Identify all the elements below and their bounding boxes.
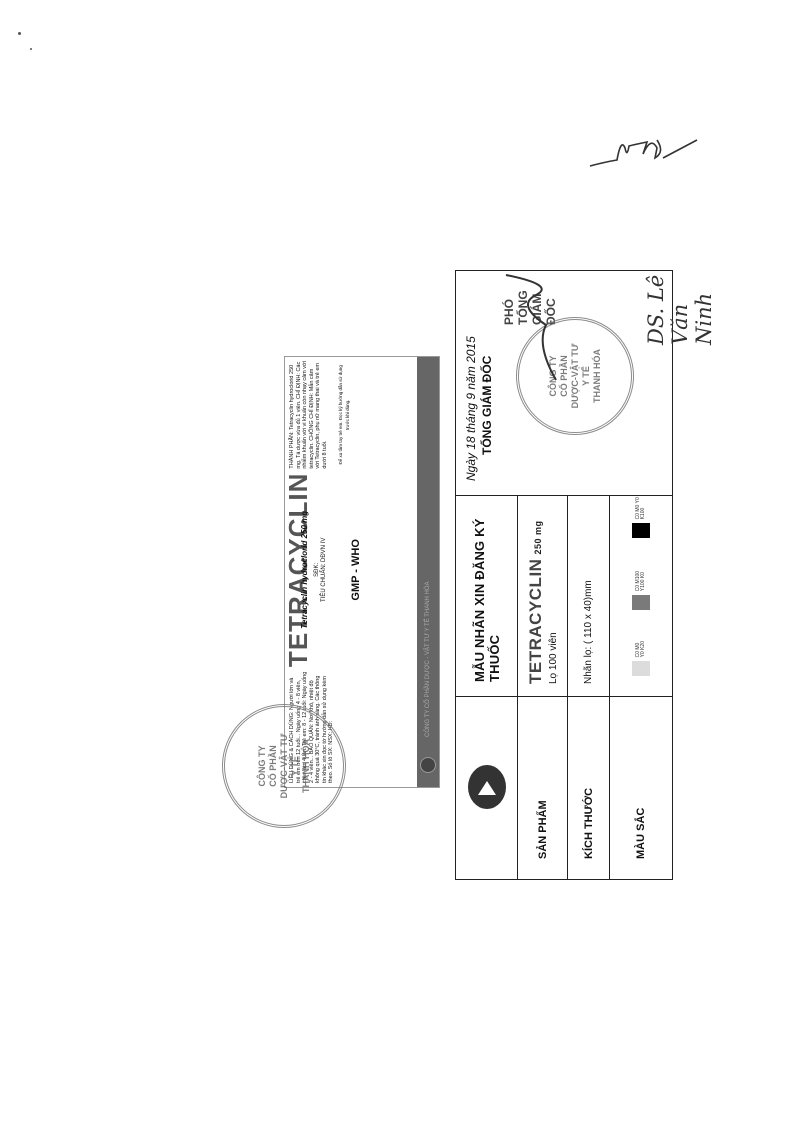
label-size: Nhãn lọ: ( 110 x 40)mm xyxy=(583,580,594,696)
handwritten-initials xyxy=(585,128,705,178)
swatch-box xyxy=(632,595,650,610)
product-label-artwork: LIỀU DÙNG & CÁCH DÙNG: Người lớn và trẻ … xyxy=(284,356,440,788)
color-label: MÀU SẮC xyxy=(635,808,647,879)
swatch-box xyxy=(632,523,650,538)
scan-speck xyxy=(30,48,32,50)
label-standard: TIÊU CHUẨN: DĐVN IV xyxy=(321,538,328,602)
registration-form: SẢN PHẨM KÍCH THƯỚC MÀU SẮC MẪU NHÃN XIN… xyxy=(455,270,673,880)
sign-date: Ngày 18 tháng 9 năm 2015 xyxy=(464,336,478,481)
label-subtitle: Tetracyclin hydroclorid 250 mg xyxy=(302,511,309,629)
signer-name: DS. Lê Văn Ninh xyxy=(644,271,716,345)
label-note: Để xa tầm tay trẻ em. Đọc kỹ hướng dẫn s… xyxy=(338,361,351,469)
label-footer-bar: CÔNG TY CỔ PHẦN DƯỢC - VẬT TƯ Y TẾ THANH… xyxy=(417,357,439,787)
signature-scribble xyxy=(496,265,576,385)
size-label: KÍCH THƯỚC xyxy=(583,788,595,879)
signature-column: Ngày 18 tháng 9 năm 2015 TỔNG GIÁM ĐỐC P… xyxy=(456,271,672,495)
product-cell: TETRACYCLIN250 mg Lọ 100 viên xyxy=(518,496,568,696)
form-title: MẪU NHÃN XIN ĐĂNG KÝ THUỐC xyxy=(472,496,502,696)
label-stamp: CÔNG TYCỔ PHẦNDƯỢC-VẬT TƯY TẾTHANH HÓA xyxy=(222,704,346,828)
label-composition-text: THÀNH PHẦN: Tetracyclin hydroclorid 250 … xyxy=(289,361,328,469)
swatch: C0 M100 Y100 K0 xyxy=(632,564,650,610)
swatch: C0 M0 Y0 K100 xyxy=(632,496,650,538)
color-swatches: C0 M0 Y0 K20 C0 M100 Y100 K0 C0 M0 Y0 K1… xyxy=(610,496,672,696)
company-logo-icon xyxy=(468,765,506,809)
form-content-column: MẪU NHÃN XIN ĐĂNG KÝ THUỐC TETRACYCLIN25… xyxy=(456,495,672,696)
label-footer: CÔNG TY CỔ PHẦN DƯỢC - VẬT TƯ Y TẾ THANH… xyxy=(425,581,431,737)
product-name: TETRACYCLIN xyxy=(526,559,545,684)
product-label: SẢN PHẨM xyxy=(537,800,549,879)
scan-speck xyxy=(18,32,21,35)
sign-role: TỔNG GIÁM ĐỐC xyxy=(480,356,494,455)
swatch: C0 M0 Y0 K20 xyxy=(632,636,650,676)
swatch-box xyxy=(632,661,650,676)
product-pack: Lọ 100 viên xyxy=(548,632,559,684)
form-label-column: SẢN PHẨM KÍCH THƯỚC MÀU SẮC xyxy=(456,696,672,879)
label-gmp: GMP - WHO xyxy=(353,539,360,601)
label-logo-icon xyxy=(420,757,436,773)
product-strength: 250 mg xyxy=(533,521,543,555)
